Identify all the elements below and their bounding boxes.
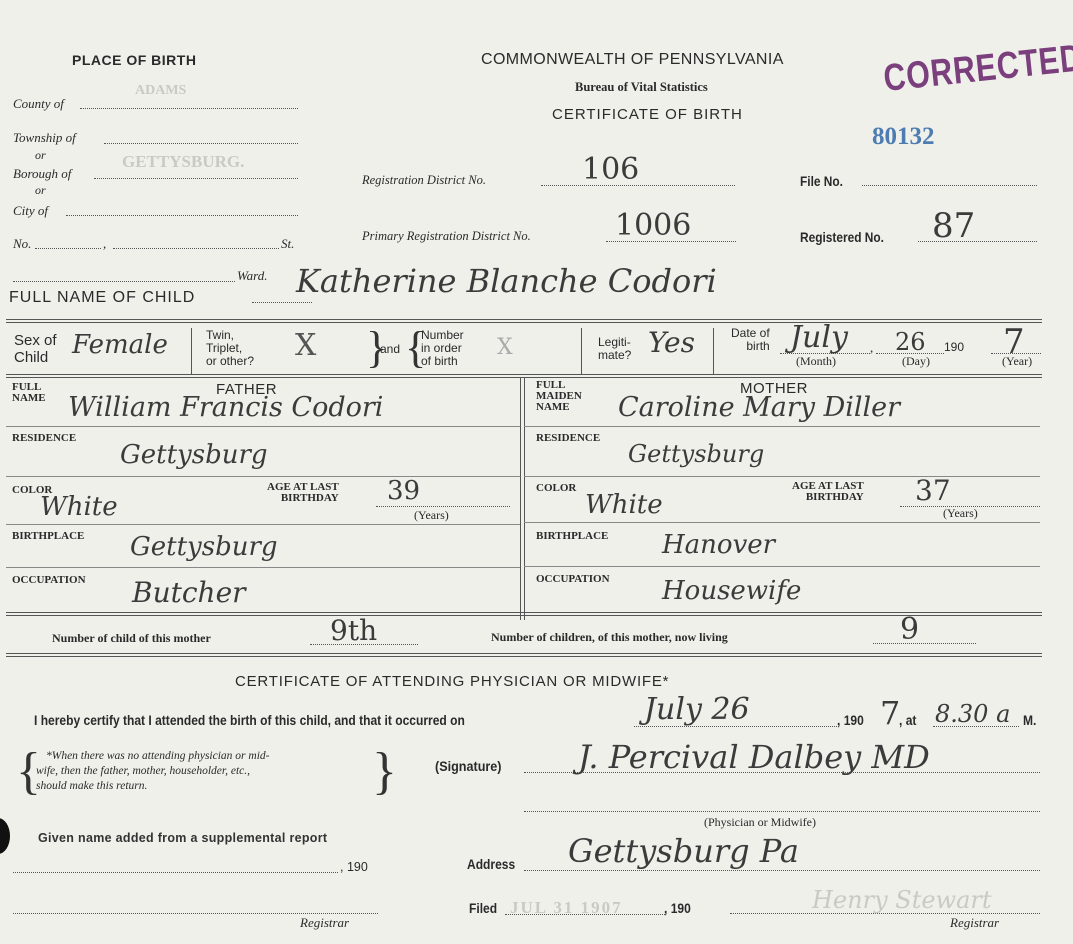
street-st-label: St. (281, 236, 294, 252)
father-age-label-line-2: BIRTHDAY (267, 493, 339, 504)
note-line-1: *When there was no attending physician o… (36, 749, 269, 764)
legit-label-line-2: mate? (598, 349, 631, 362)
punch-hole (0, 818, 10, 854)
child-number-label: Number of child of this mother (52, 631, 211, 646)
twin-value: X (295, 328, 316, 363)
bureau-title: Bureau of Vital Statistics (575, 80, 708, 95)
filed-label: Filed (469, 900, 497, 916)
father-birthplace-label: BIRTHPLACE (12, 530, 84, 542)
file-no-line (862, 185, 1037, 186)
dob-label-line-2: birth (731, 340, 770, 353)
ward-label: Ward. (237, 268, 267, 284)
supplemental-year-suffix: , 190 (340, 860, 368, 874)
father-years-caption: (Years) (414, 508, 449, 523)
sex-value: Female (72, 330, 168, 360)
dob-year-prefix: 190 (944, 340, 964, 354)
children-living-label: Number of children, of this mother, now … (491, 630, 728, 645)
mother-residence-label: RESIDENCE (536, 432, 600, 444)
birth-order-value: X (497, 335, 513, 360)
divider (6, 524, 520, 525)
time-value: 8.30 a (935, 700, 1010, 728)
father-age-label: AGE AT LAST BIRTHDAY (267, 482, 339, 504)
dob-month-value: July (790, 320, 848, 355)
mother-years-caption: (Years) (943, 506, 978, 521)
twin-label-line-3: or other? (206, 355, 254, 368)
father-name-value: William Francis Codori (68, 392, 383, 423)
address-line (524, 870, 1040, 871)
child-number-value: 9th (330, 614, 377, 647)
mother-full-name-label: FULL MAIDEN NAME (536, 380, 582, 413)
and-label: and (380, 342, 400, 356)
divider (713, 328, 714, 374)
mother-name-value: Caroline Mary Diller (618, 392, 900, 423)
children-living-value: 9 (900, 612, 919, 647)
divider (520, 377, 521, 620)
address-label: Address (467, 856, 515, 872)
birth-order-label: Number in order of birth (421, 329, 464, 368)
father-birthplace-value: Gettysburg (130, 532, 278, 562)
twin-label: Twin, Triplet, or other? (206, 329, 254, 368)
divider (6, 476, 520, 477)
mother-occupation-label: OCCUPATION (536, 573, 610, 585)
father-residence-value: Gettysburg (120, 440, 268, 470)
borough-line (94, 178, 298, 179)
father-age-value: 39 (387, 476, 420, 506)
divider (6, 653, 1042, 654)
comma: , (103, 236, 106, 252)
legitimate-value: Yes (648, 326, 695, 359)
sex-label: Sex of Child (14, 332, 57, 366)
father-age-line (376, 506, 510, 507)
registrar-signature: Henry Stewart (812, 886, 992, 914)
children-living-line (873, 643, 976, 644)
order-label-line-3: of birth (421, 355, 464, 368)
commonwealth-title: COMMONWEALTH OF PENNSYLVANIA (481, 51, 784, 69)
certificate-title: CERTIFICATE OF BIRTH (552, 106, 743, 123)
or-label: or (35, 148, 46, 163)
physician-caption: (Physician or Midwife) (704, 815, 816, 830)
ward-line (13, 281, 235, 282)
divider (6, 656, 1042, 657)
file-number-stamp: 80132 (872, 123, 935, 151)
physician-heading: CERTIFICATE OF ATTENDING PHYSICIAN OR MI… (235, 673, 669, 690)
child-full-name-value: Katherine Blanche Codori (296, 262, 717, 300)
divider (191, 328, 192, 374)
father-occupation-label: OCCUPATION (12, 574, 86, 586)
township-label: Township of (13, 130, 76, 146)
divider (524, 476, 1040, 477)
at-label: , at (899, 712, 916, 728)
father-full-name-label: FULL NAME (12, 382, 46, 404)
mother-occupation-value: Housewife (662, 576, 801, 606)
certify-text: I hereby certify that I attended the bir… (34, 712, 465, 728)
father-full-label-line-2: NAME (12, 393, 46, 404)
physician-note: *When there was no attending physician o… (36, 749, 269, 794)
sex-label-line-2: Child (14, 349, 57, 366)
street-no-label: No. (13, 236, 31, 252)
signature-label: (Signature) (435, 758, 502, 774)
county-label: County of (13, 96, 64, 112)
county-stamp: ADAMS (135, 83, 186, 99)
divider (6, 612, 1042, 613)
mother-residence-value: Gettysburg (628, 440, 764, 468)
divider (524, 522, 1040, 523)
mother-age-label: AGE AT LAST BIRTHDAY (792, 481, 864, 503)
divider (6, 567, 520, 568)
city-label: City of (13, 203, 48, 219)
father-occupation-value: Butcher (132, 576, 246, 609)
dob-day-value: 26 (895, 328, 926, 356)
divider (524, 426, 1040, 427)
or-label: or (35, 183, 46, 198)
day-caption: (Day) (902, 354, 930, 369)
registered-no-label: Registered No. (800, 229, 884, 245)
father-color-value: White (40, 492, 118, 522)
month-caption: (Month) (796, 354, 836, 369)
mother-birthplace-value: Hanover (662, 530, 775, 560)
file-no-label: File No. (800, 173, 843, 189)
divider (6, 426, 520, 427)
note-line-3: should make this return. (36, 779, 269, 794)
mother-birthplace-label: BIRTHPLACE (536, 530, 608, 542)
divider (6, 322, 1042, 323)
full-name-label: FULL NAME OF CHILD (9, 289, 195, 307)
signature-value: J. Percival Dalbey MD (578, 738, 930, 776)
registration-district-label: Registration District No. (362, 173, 486, 188)
street-no-line (35, 248, 101, 249)
registrar-label: Registrar (950, 915, 999, 931)
mother-color-value: White (585, 490, 663, 520)
occurred-year-value: 7 (880, 694, 900, 732)
comma: , (870, 340, 873, 356)
filed-date-stamp: JUL 31 1907 (510, 898, 623, 918)
registration-district-value: 106 (582, 152, 639, 187)
supplemental-registrar-label: Registrar (300, 915, 349, 931)
place-of-birth-heading: PLACE OF BIRTH (72, 52, 196, 68)
registered-no-value: 87 (932, 206, 975, 246)
mother-age-label-line-2: BIRTHDAY (792, 492, 864, 503)
borough-stamp: GETTYSBURG. (122, 152, 244, 172)
primary-district-value: 1006 (615, 208, 691, 243)
divider (6, 615, 1042, 616)
city-line (66, 215, 298, 216)
divider (6, 319, 1042, 320)
sex-label-line-1: Sex of (14, 332, 57, 349)
borough-label: Borough of (13, 166, 71, 182)
year-caption: (Year) (1002, 354, 1032, 369)
occurred-year-prefix: , 190 (837, 712, 864, 728)
county-line (80, 108, 298, 109)
primary-district-label: Primary Registration District No. (362, 229, 531, 244)
full-name-line (252, 302, 312, 303)
divider (581, 328, 582, 374)
divider (524, 566, 1040, 567)
corrected-stamp: CORRECTED (882, 37, 1073, 101)
supplemental-registrar-line (13, 913, 378, 914)
note-line-2: wife, then the father, mother, household… (36, 764, 269, 779)
m-label: M. (1023, 712, 1036, 728)
divider (524, 377, 525, 620)
mother-age-value: 37 (915, 474, 951, 507)
brace-right: } (372, 742, 397, 801)
address-value: Gettysburg Pa (568, 832, 799, 870)
supplemental-line (13, 872, 338, 873)
mother-full-label-line-3: NAME (536, 402, 582, 413)
filed-year-suffix: , 190 (664, 900, 691, 916)
street-line (113, 248, 279, 249)
divider (6, 374, 1042, 375)
father-residence-label: RESIDENCE (12, 432, 76, 444)
township-line (104, 143, 298, 144)
dob-label: Date of birth (731, 327, 770, 353)
occurred-value: July 26 (644, 692, 750, 727)
legitimate-label: Legiti- mate? (598, 336, 631, 362)
mother-color-label: COLOR (536, 482, 576, 494)
supplemental-label: Given name added from a supplemental rep… (38, 831, 327, 845)
signature-line-2 (524, 811, 1040, 812)
